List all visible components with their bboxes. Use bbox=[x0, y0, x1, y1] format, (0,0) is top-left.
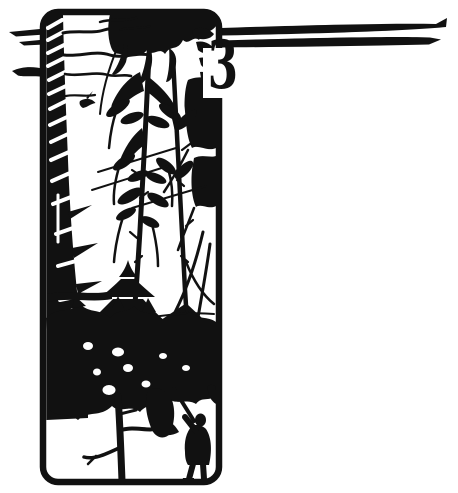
chapter-numeral: 3 bbox=[208, 33, 234, 99]
foliage-right-of-hunter bbox=[208, 385, 216, 404]
rule-left-stub-top bbox=[9, 29, 45, 37]
hunter-aiming-rifle-icon bbox=[146, 385, 216, 484]
rule-right-top bbox=[221, 18, 447, 36]
rule-right-bottom bbox=[221, 37, 441, 47]
hunter-legs bbox=[189, 464, 204, 479]
bird-icon bbox=[80, 91, 96, 108]
canopy-mass bbox=[46, 304, 216, 420]
page-canvas: 3 bbox=[0, 0, 458, 493]
lower-trunk bbox=[118, 396, 122, 481]
hunter-head bbox=[195, 414, 206, 427]
